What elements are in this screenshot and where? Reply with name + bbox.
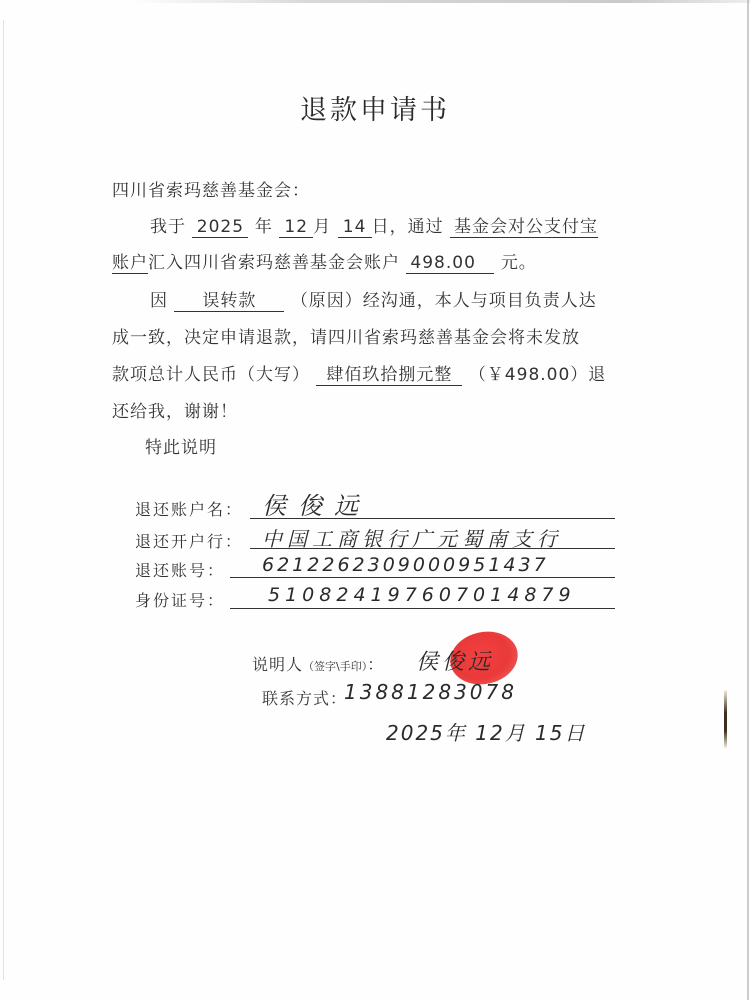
month-field: 12: [279, 217, 313, 238]
signer-note: （签字\手印）: [303, 660, 367, 673]
paragraph-2-line-1: 因 误转款 （原因）经沟通，本人与项目负责人达: [150, 286, 597, 312]
paragraph-1-line-1: 我于 2025 年 12月 14日，通过 基金会对公支付宝: [150, 212, 598, 238]
paragraph-2-line-4: 还给我，谢谢！: [112, 397, 238, 422]
account-name-value: 侯俊远: [262, 486, 370, 521]
paragraph-2-line-3: 款项总计人民币（大写） 肆佰玖拾捌元整 （￥498.00）退: [112, 360, 606, 386]
scan-artifact: [724, 690, 727, 748]
text: 因: [150, 291, 168, 311]
day-field: 14: [338, 217, 372, 238]
text: 汇入四川省索玛慈善基金会账户: [148, 253, 400, 273]
channel-field-cont: 账户: [112, 253, 148, 274]
scan-edge: [3, 20, 4, 980]
paragraph-1-line-2: 账户汇入四川省索玛慈善基金会账户 498.00 元。: [112, 248, 537, 274]
text: 日，通过: [372, 217, 444, 237]
contact-value: 13881283078: [344, 680, 517, 704]
text: 款项总计人民币（大写）: [112, 365, 310, 385]
underline: [250, 548, 615, 549]
contact-label: 联系方式：: [262, 686, 347, 709]
bank-label: 退还开户行：: [135, 529, 243, 552]
account-number-label: 退还账号：: [135, 558, 225, 581]
amount-field: 498.00: [406, 253, 494, 274]
underline: [230, 577, 615, 578]
paragraph-2-line-2: 成一致，决定申请退款，请四川省索玛慈善基金会将未发放: [112, 323, 580, 348]
signer-line: 说明人（签字\手印）：: [252, 652, 384, 675]
reason-field: 误转款: [174, 291, 284, 312]
amount-uppercase-field: 肆佰玖拾捌元整: [316, 365, 462, 386]
text: ：: [367, 655, 384, 674]
salutation: 四川省索玛慈善基金会：: [112, 176, 310, 201]
text: 元。: [501, 253, 537, 273]
text: 年: [255, 217, 273, 237]
id-value: 510824197607014879: [268, 584, 576, 606]
channel-field: 基金会对公支付宝: [450, 217, 598, 238]
id-label: 身份证号：: [135, 588, 225, 611]
underline: [250, 518, 615, 519]
account-name-label: 退还账户名：: [135, 497, 243, 520]
account-number-value: 6212262309000951437: [262, 554, 549, 576]
text: （￥498.00）退: [469, 365, 606, 385]
text: （原因）经沟通，本人与项目负责人达: [291, 291, 597, 311]
text: 月: [313, 217, 331, 237]
document-title: 退款申请书: [0, 88, 750, 127]
signer-signature: 侯俊远: [416, 645, 494, 676]
document-page: 退款申请书 四川省索玛慈善基金会： 我于 2025 年 12月 14日，通过 基…: [0, 0, 750, 1000]
scan-edge: [130, 0, 750, 3]
scan-edge: [747, 0, 749, 1000]
text: 我于: [150, 217, 186, 237]
signer-label: 说明人: [252, 655, 303, 674]
underline: [230, 608, 615, 609]
handwritten-date: 2025年 12月 15日: [386, 717, 587, 746]
closing: 特此说明: [145, 433, 217, 458]
year-field: 2025: [192, 217, 248, 238]
